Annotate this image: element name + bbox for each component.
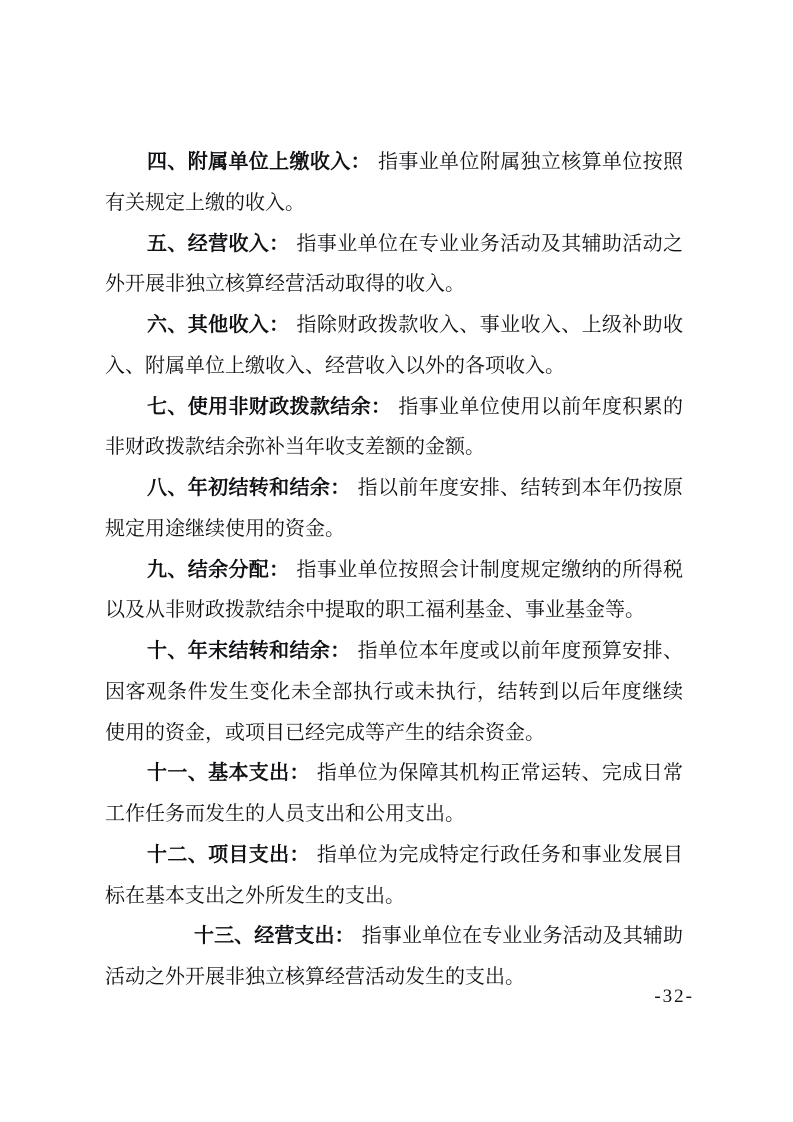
section-paragraph-10: 十、年末结转和结余：指单位本年度或以前年度预算安排、因客观条件发生变化未全部执行… xyxy=(105,631,683,753)
section-paragraph-12: 十二、项目支出：指单位为完成特定行政任务和事业发展目标在基本支出之外所发生的支出… xyxy=(105,835,683,917)
section-definition: 指事业单位在专业业务活动及其辅助活动之外开展非独立核算经营活动发生的支出。 xyxy=(105,925,683,988)
section-term: 四、附属单位上缴收入： xyxy=(147,151,378,173)
section-term: 十二、项目支出： xyxy=(147,844,317,866)
definitions-text-block: 四、附属单位上缴收入：指事业单位附属独立核算单位按照有关规定上缴的收入。 五、经… xyxy=(105,142,683,998)
section-term: 十、年末结转和结余： xyxy=(147,640,358,662)
section-paragraph-5: 五、经营收入：指事业单位在专业业务活动及其辅助活动之外开展非独立核算经营活动取得… xyxy=(105,224,683,306)
section-paragraph-13: 十三、经营支出：指事业单位在专业业务活动及其辅助活动之外开展非独立核算经营活动发… xyxy=(105,916,683,998)
document-page: 四、附属单位上缴收入：指事业单位附属独立核算单位按照有关规定上缴的收入。 五、经… xyxy=(0,0,793,1122)
section-paragraph-7: 七、使用非财政拨款结余：指事业单位使用以前年度积累的非财政拨款结余弥补当年收支差… xyxy=(105,387,683,469)
section-term: 六、其他收入： xyxy=(147,314,297,336)
section-term: 七、使用非财政拨款结余： xyxy=(147,396,398,418)
section-term: 十一、基本支出： xyxy=(147,762,317,784)
page-number: -32- xyxy=(654,986,694,1008)
section-term: 九、结余分配： xyxy=(147,559,297,581)
section-paragraph-6: 六、其他收入：指除财政拨款收入、事业收入、上级补助收入、附属单位上缴收入、经营收… xyxy=(105,305,683,387)
section-paragraph-11: 十一、基本支出：指单位为保障其机构正常运转、完成日常工作任务而发生的人员支出和公… xyxy=(105,753,683,835)
section-paragraph-4: 四、附属单位上缴收入：指事业单位附属独立核算单位按照有关规定上缴的收入。 xyxy=(105,142,683,224)
section-term: 五、经营收入： xyxy=(147,233,297,255)
section-paragraph-8: 八、年初结转和结余：指以前年度安排、结转到本年仍按原规定用途继续使用的资金。 xyxy=(105,468,683,550)
section-paragraph-9: 九、结余分配：指事业单位按照会计制度规定缴纳的所得税以及从非财政拨款结余中提取的… xyxy=(105,550,683,632)
section-term: 十三、经营支出： xyxy=(194,925,362,947)
section-term: 八、年初结转和结余： xyxy=(147,477,358,499)
